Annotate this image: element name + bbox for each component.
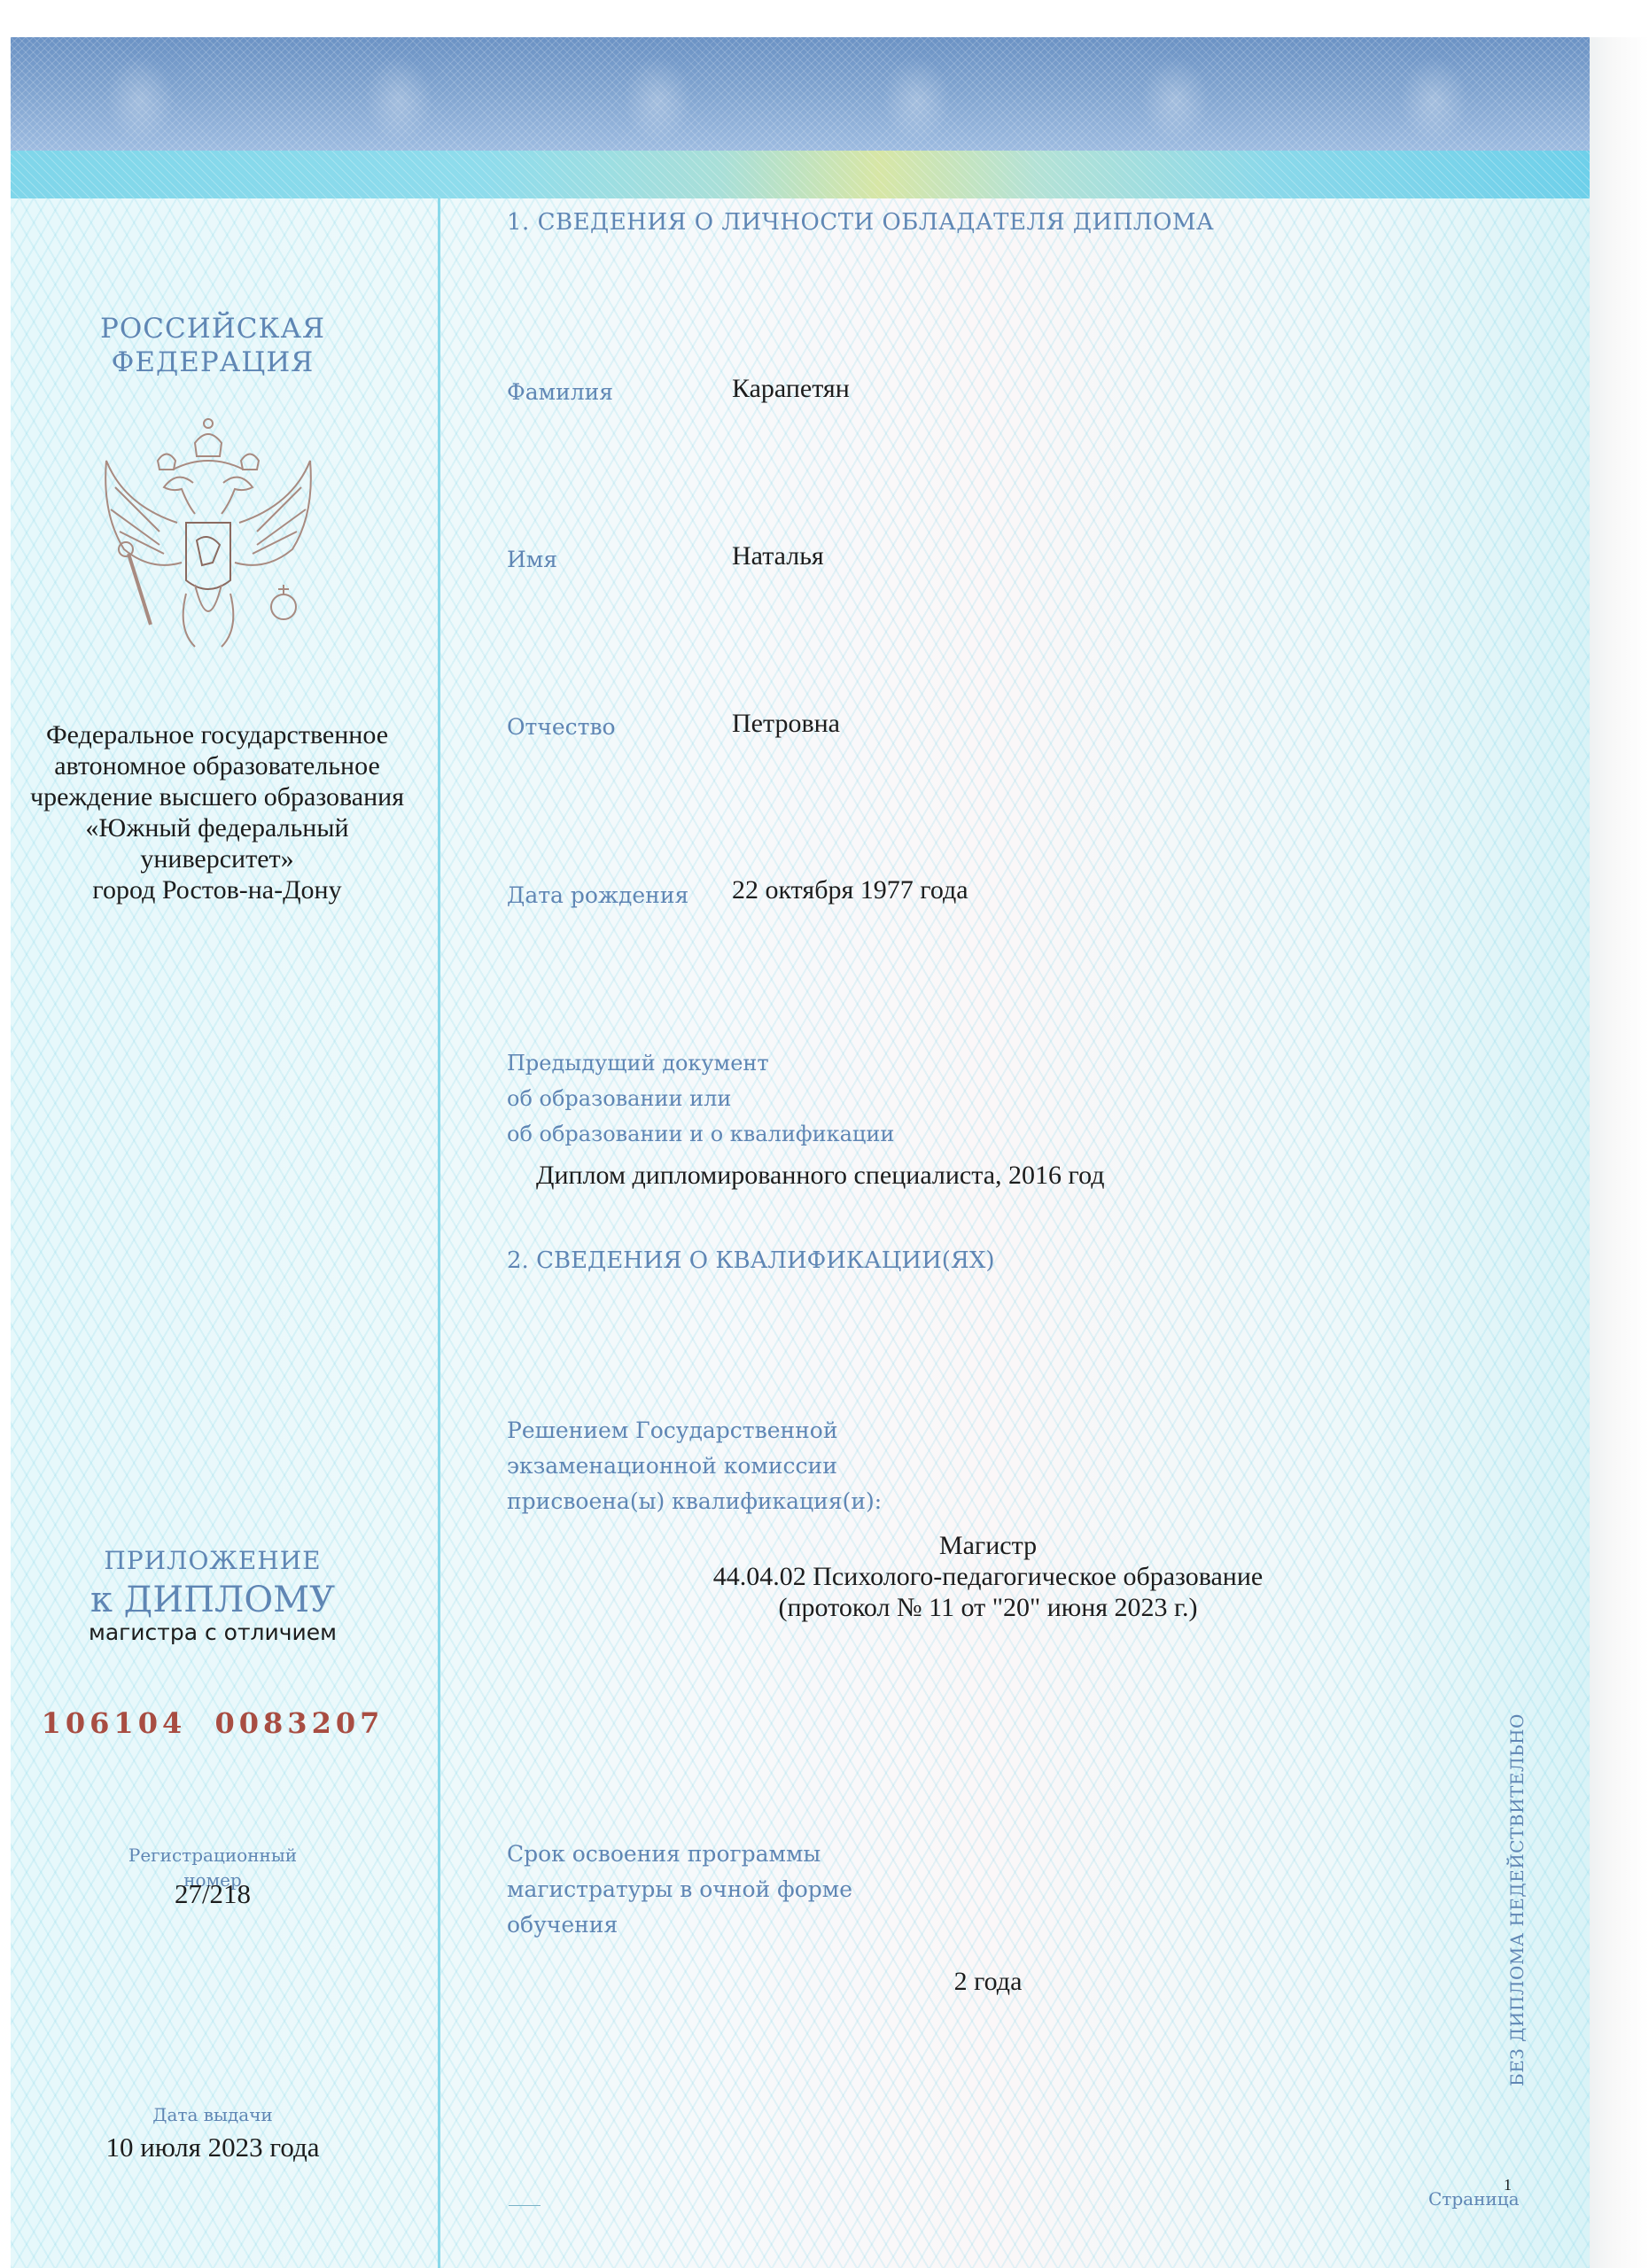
term-label-line: магистратуры в очной форме — [507, 1872, 852, 1907]
field-label-surname: Фамилия — [507, 379, 613, 405]
column-divider — [438, 198, 440, 2268]
country-line: РОССИЙСКАЯ — [53, 312, 372, 346]
country-title: РОССИЙСКАЯ ФЕДЕРАЦИЯ — [53, 312, 372, 379]
previous-document-label-line: об образовании или — [507, 1081, 894, 1116]
issue-date-label: Дата выдачи — [53, 2104, 372, 2125]
field-value-patronymic: Петровна — [732, 709, 840, 739]
field-label-patronymic: Отчество — [507, 714, 616, 740]
organization-line: «Южный федеральный — [0, 812, 434, 843]
previous-document-label: Предыдущий документ об образовании или о… — [507, 1045, 894, 1152]
page-number: 1 — [1504, 2176, 1512, 2194]
registration-label: Регистрационный — [53, 1839, 372, 1871]
field-label-birthdate: Дата рождения — [507, 882, 688, 908]
to-diploma-title: к ДИПЛОМУ — [53, 1580, 372, 1620]
previous-document-label-line: об образовании и о квалификации — [507, 1116, 894, 1152]
organization-name: Федеральное государственное автономное о… — [0, 719, 434, 905]
registration-label-line: Регистрационный — [53, 1839, 372, 1871]
decision-label-line: экзаменационной комиссии — [507, 1449, 882, 1484]
organization-line: университет» — [0, 843, 434, 874]
diploma-kind: магистра с отличием — [35, 1619, 390, 1645]
guilloche-header-pattern — [11, 37, 1590, 151]
organization-line: чреждение высшего образования — [0, 781, 434, 812]
study-term-label: Срок освоения программы магистратуры в о… — [507, 1837, 852, 1943]
section2-title: 2. СВЕДЕНИЯ О КВАЛИФИКАЦИИ(ЯХ) — [507, 1247, 995, 1274]
field-value-name: Наталья — [732, 541, 824, 571]
term-label-line: обучения — [507, 1907, 852, 1943]
field-value-surname: Карапетян — [732, 374, 850, 404]
qualification-decision-label: Решением Государственной экзаменационной… — [507, 1413, 882, 1519]
field-value-birthdate: 22 октября 1977 года — [732, 875, 968, 905]
organization-line: Федеральное государственное — [0, 719, 434, 750]
organization-line: автономное образовательное — [0, 750, 434, 781]
appendix-title: ПРИЛОЖЕНИЕ — [53, 1546, 372, 1575]
issue-date: 10 июля 2023 года — [35, 2132, 390, 2163]
qualification-value: Магистр 44.04.02 Психолого-педагогическо… — [567, 1530, 1409, 1623]
previous-document-label-line: Предыдущий документ — [507, 1045, 894, 1081]
field-label-name: Имя — [507, 547, 557, 572]
coat-of-arms-icon — [89, 408, 328, 673]
registration-number: 27/218 — [53, 1878, 372, 1910]
study-term-value: 2 года — [567, 1967, 1409, 1997]
decision-label-line: Решением Государственной — [507, 1413, 882, 1449]
country-line: ФЕДЕРАЦИЯ — [53, 346, 372, 379]
qualification-protocol: (протокол № 11 от "20" июня 2023 г.) — [567, 1592, 1409, 1623]
previous-document-value: Диплом дипломированного специалиста, 201… — [536, 1161, 1104, 1191]
guilloche-rainbow-band — [11, 151, 1590, 198]
decision-label-line: присвоена(ы) квалификация(и): — [507, 1484, 882, 1519]
section1-title: 1. СВЕДЕНИЯ О ЛИЧНОСТИ ОБЛАДАТЕЛЯ ДИПЛОМ… — [507, 209, 1214, 236]
scan-margin — [1590, 37, 1649, 2268]
term-label-line: Срок освоения программы — [507, 1837, 852, 1872]
serial-number: 106104 0083207 — [35, 1706, 390, 1740]
validity-note: БЕЗ ДИПЛОМА НЕДЕЙСТВИТЕЛЬНО — [1506, 1714, 1533, 2086]
qualification-program: 44.04.02 Психолого-педагогическое образо… — [567, 1561, 1409, 1592]
organization-line: город Ростов-на-Дону — [0, 874, 434, 905]
qualification-degree: Магистр — [567, 1530, 1409, 1561]
footer-dash — [509, 2205, 541, 2206]
